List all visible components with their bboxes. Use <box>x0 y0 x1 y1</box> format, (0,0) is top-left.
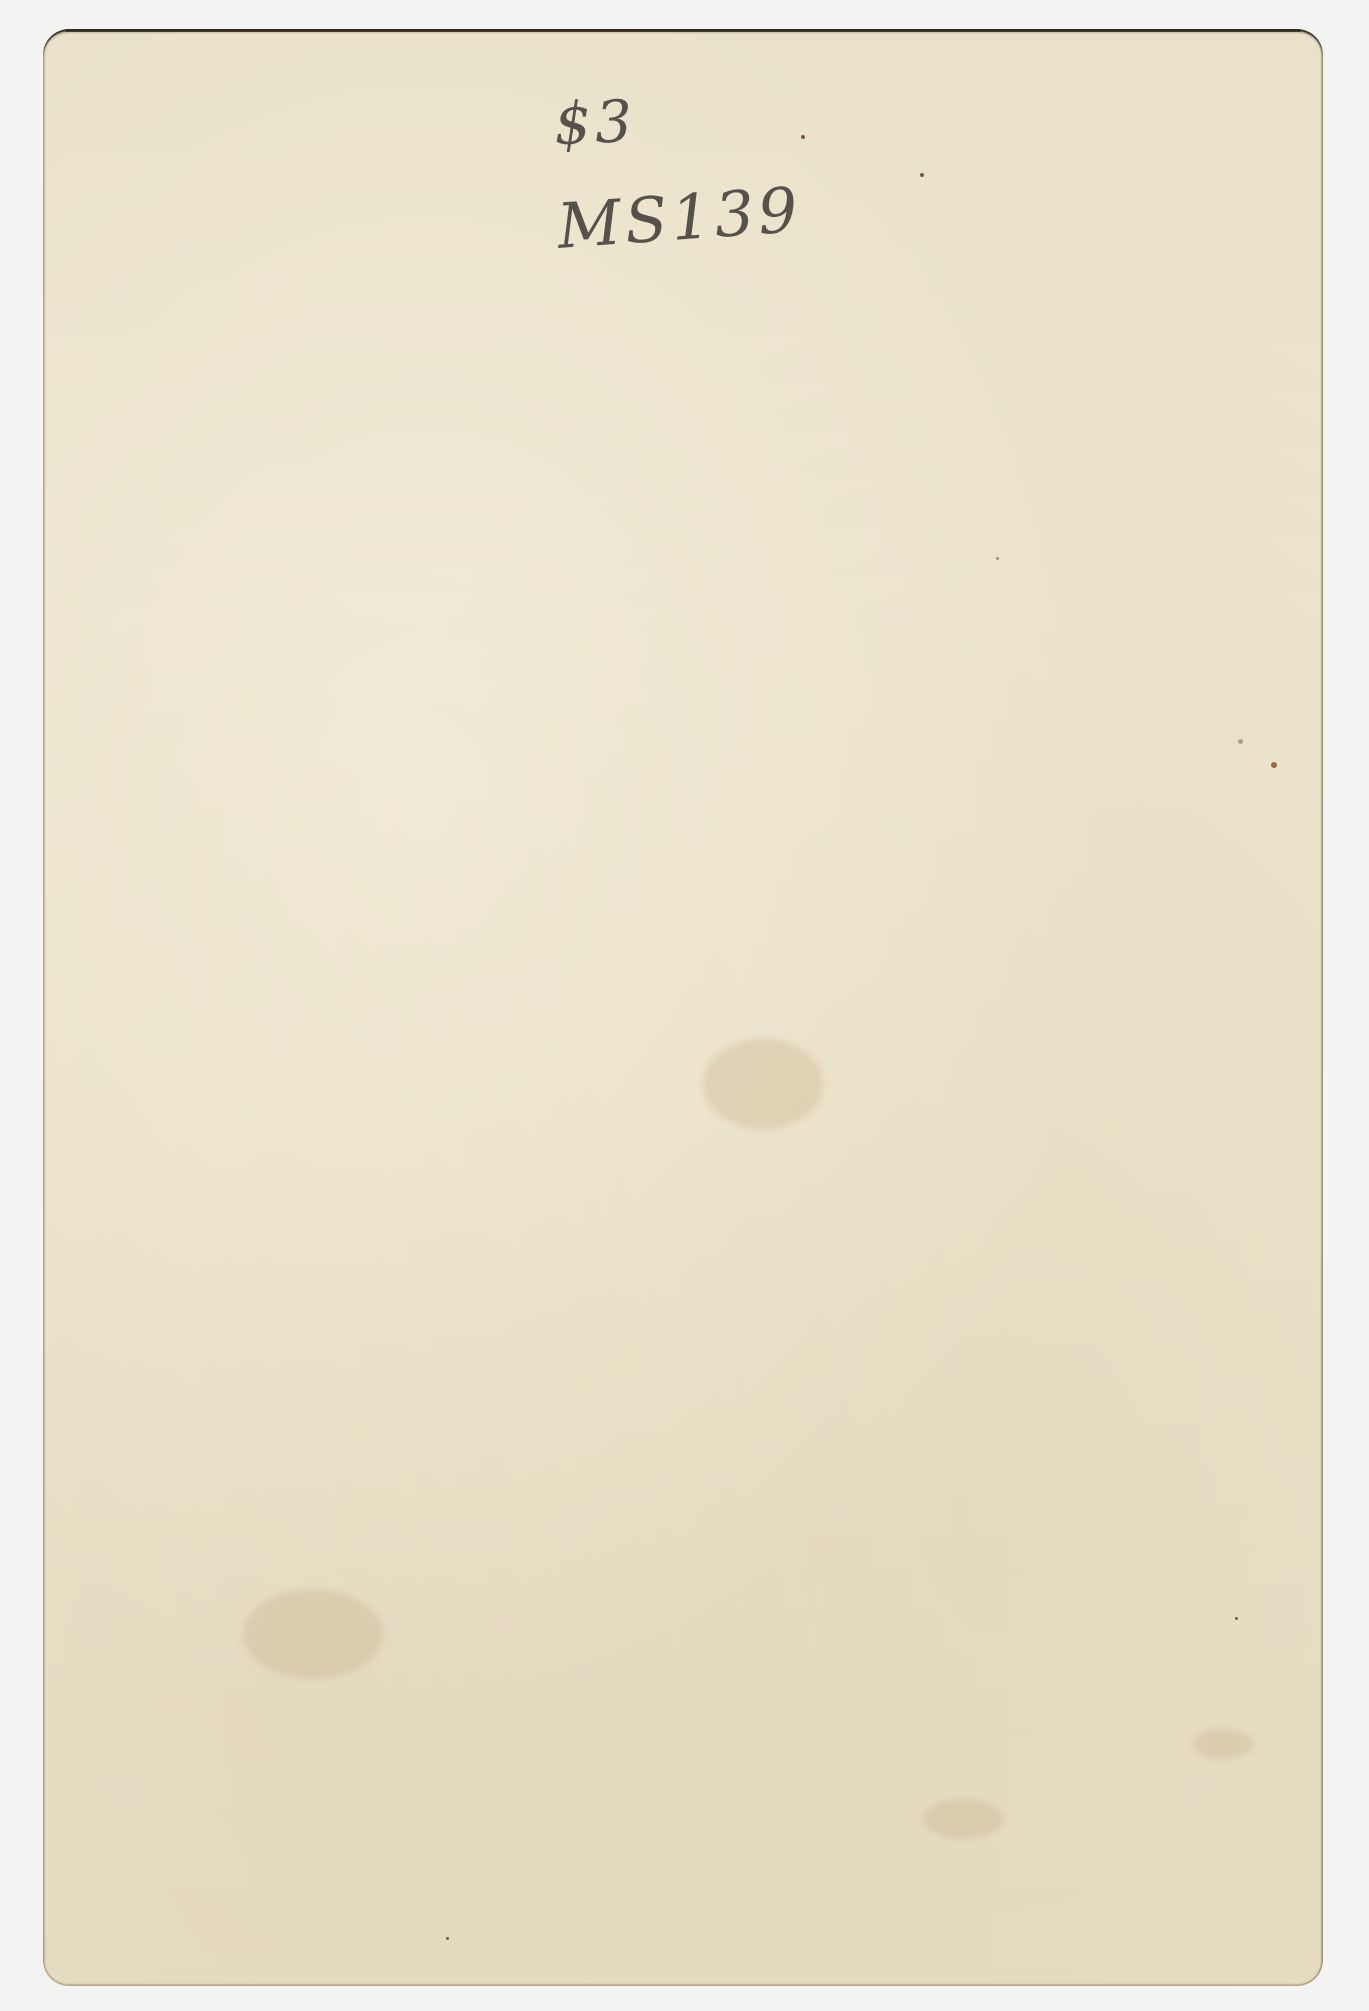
handwritten-price: $3 <box>553 87 637 158</box>
foxing-speck <box>1238 739 1243 744</box>
foxing-speck <box>1235 1617 1238 1620</box>
paper-stain <box>923 1799 1003 1839</box>
paper-stain <box>243 1589 383 1679</box>
paper-stain <box>1193 1729 1253 1759</box>
foxing-speck <box>446 1937 449 1940</box>
foxing-speck <box>1271 762 1277 768</box>
paper-stain <box>703 1039 823 1129</box>
card-top-edge <box>65 29 1301 32</box>
foxing-speck <box>996 557 999 560</box>
foxing-speck <box>920 173 924 177</box>
foxing-speck <box>801 135 805 139</box>
cabinet-card-back <box>43 29 1323 1986</box>
